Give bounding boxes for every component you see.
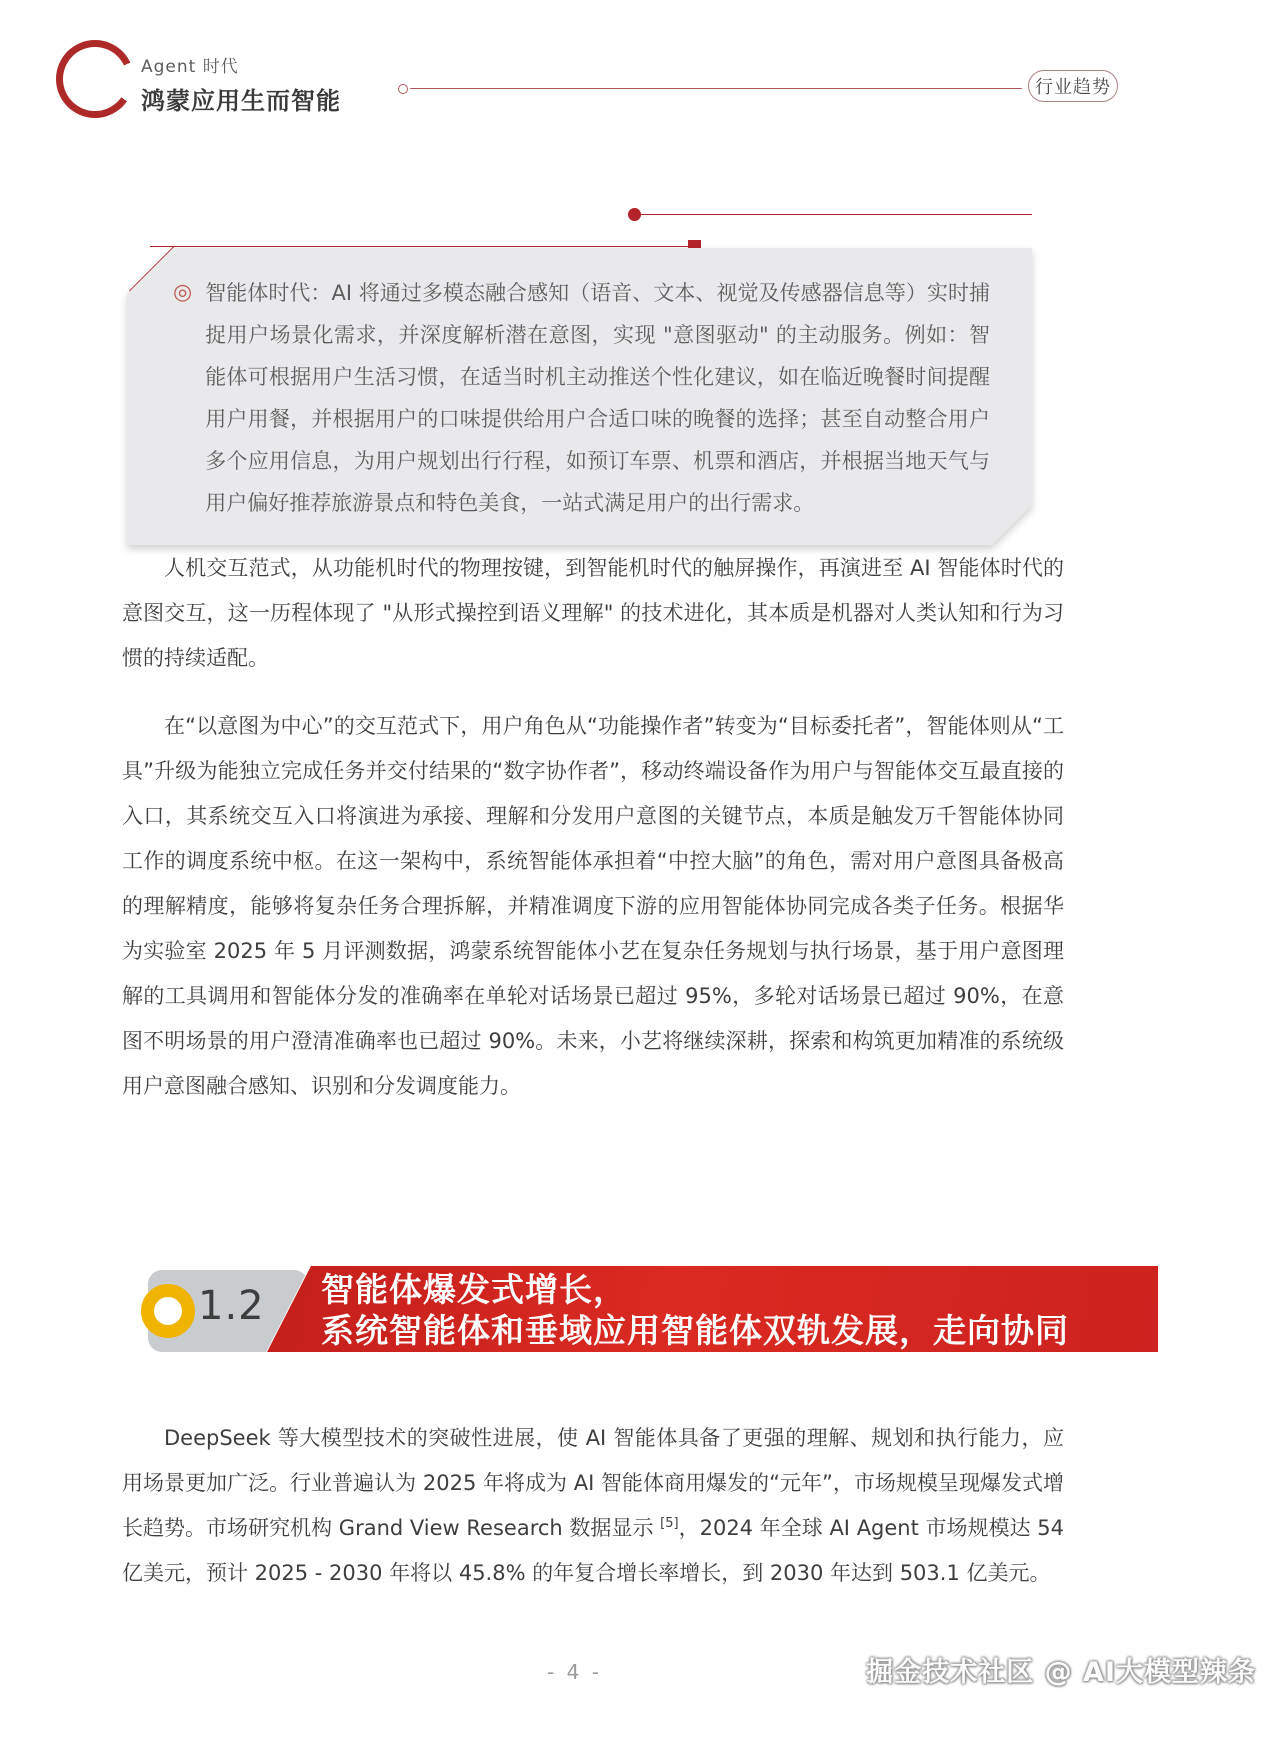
body-copy: 人机交互范式，从功能机时代的物理按键，到智能机时代的触屏操作，再演进至 AI 智… xyxy=(122,546,1064,1132)
double-circle-bullet-icon: ◎ xyxy=(173,272,192,545)
body-copy-2: DeepSeek 等大模型技术的突破性进展，使 AI 智能体具备了更强的理解、规… xyxy=(122,1416,1064,1619)
paragraph-2: 在“以意图为中心”的交互范式下，用户角色从“功能操作者”转变为“目标委托者”，智… xyxy=(122,704,1064,1109)
header-rule-circle-icon xyxy=(398,84,408,94)
paragraph-3: DeepSeek 等大模型技术的突破性进展，使 AI 智能体具备了更强的理解、规… xyxy=(122,1416,1064,1596)
logo-title: Agent 时代 xyxy=(141,52,341,77)
section-title-line1: 智能体爆发式增长， xyxy=(321,1269,1158,1310)
section-title-banner: 智能体爆发式增长， 系统智能体和垂域应用智能体双轨发展，走向协同 xyxy=(267,1266,1158,1352)
decor-dot-icon xyxy=(628,208,641,221)
callout-text: 智能体时代：AI 将通过多模态融合感知（语音、文本、视觉及传感器信息等）实时捕捉… xyxy=(205,272,990,545)
decor-line-top xyxy=(636,214,1032,215)
logo-text-block: Agent 时代 鸿蒙应用生而智能 xyxy=(141,52,341,116)
section-title-line2: 系统智能体和垂域应用智能体双轨发展，走向协同 xyxy=(321,1310,1158,1351)
industry-trend-badge: 行业趋势 xyxy=(1028,70,1118,102)
header-rule xyxy=(410,88,1022,89)
decor-line-box xyxy=(150,246,694,247)
logo-ring-icon xyxy=(56,40,134,118)
section-number: 1.2 xyxy=(198,1283,265,1329)
footnote-reference: [5] xyxy=(660,1516,678,1531)
callout-box: ◎ 智能体时代：AI 将通过多模态融合感知（语音、文本、视觉及传感器信息等）实时… xyxy=(127,248,1032,545)
logo-subtitle: 鸿蒙应用生而智能 xyxy=(141,81,341,116)
document-page: Agent 时代 鸿蒙应用生而智能 行业趋势 ◎ 智能体时代：AI 将通过多模态… xyxy=(0,0,1280,1737)
paragraph-1: 人机交互范式，从功能机时代的物理按键，到智能机时代的触屏操作，再演进至 AI 智… xyxy=(122,546,1064,681)
gold-ring-icon xyxy=(141,1284,195,1338)
watermark: 掘金技术社区 @ AI大模型辣条 xyxy=(866,1650,1256,1689)
